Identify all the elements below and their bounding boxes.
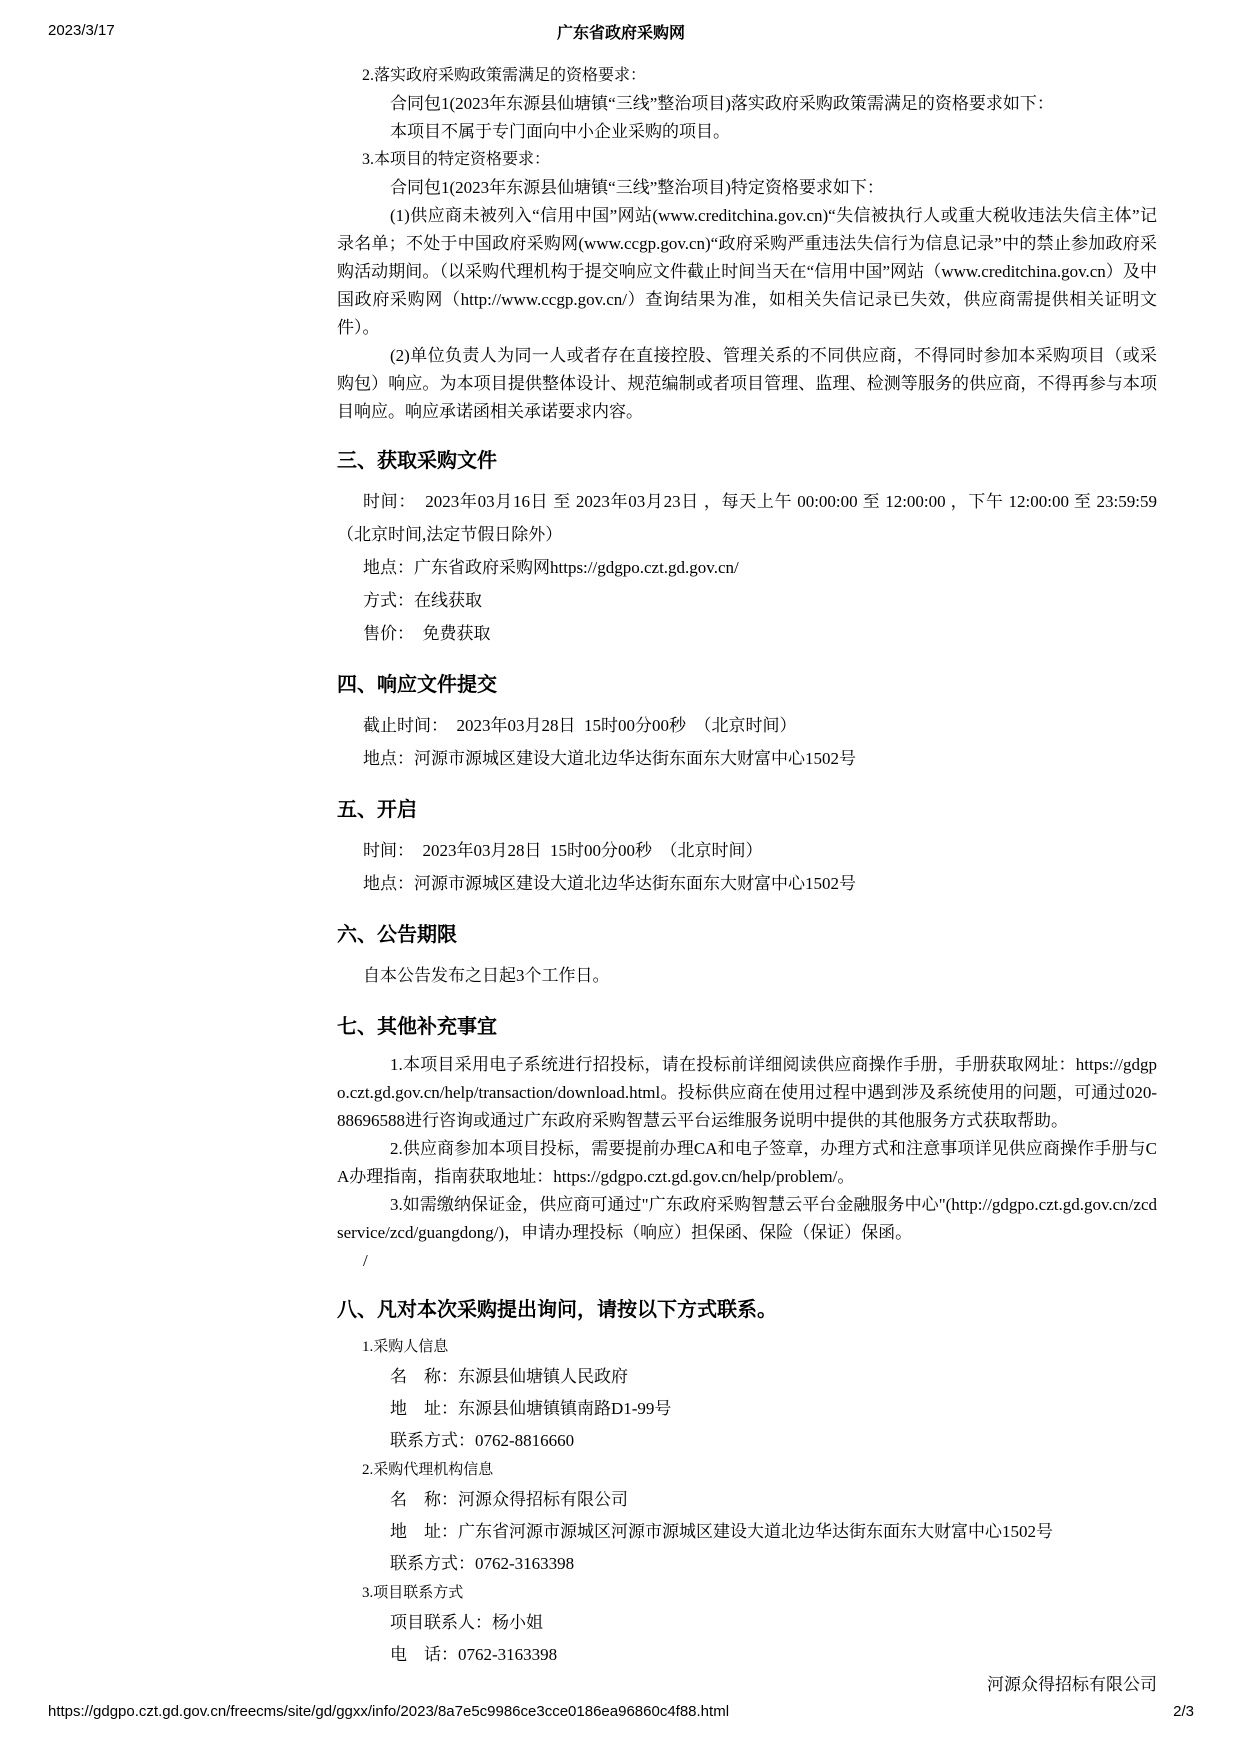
- section-other-matters-heading: 七、其他补充事宜: [337, 1012, 1157, 1042]
- project-contact-person: 项目联系人：杨小姐: [337, 1607, 1157, 1639]
- agency-phone: 联系方式：0762-3163398: [337, 1548, 1157, 1580]
- purchaser-phone: 联系方式：0762-8816660: [337, 1425, 1157, 1457]
- other-matters-slash: /: [337, 1247, 1157, 1275]
- open-location: 地点：河源市源城区建设大道北边华达街东面东大财富中心1502号: [337, 867, 1157, 900]
- agency-name: 名 称：河源众得招标有限公司: [337, 1484, 1157, 1516]
- printed-page: 2023/3/17 广东省政府采购网 2.落实政府采购政策需满足的资格要求： 合…: [0, 0, 1242, 1756]
- get-documents-location: 地点：广东省政府采购网https://gdgpo.czt.gd.gov.cn/: [337, 551, 1157, 584]
- other-matters-p1: 1.本项目采用电子系统进行招投标，请在投标前详细阅读供应商操作手册，手册获取网址…: [337, 1051, 1157, 1135]
- other-matters-p3: 3.如需缴纳保证金，供应商可通过"广东政府采购智慧云平台金融服务中心"(http…: [337, 1191, 1157, 1247]
- page-indicator: 2/3: [1173, 1703, 1194, 1720]
- purchaser-info-label: 1.采购人信息: [337, 1334, 1157, 1361]
- print-header: 2023/3/17 广东省政府采购网: [48, 20, 1194, 44]
- qualification-item2-p2: 本项目不属于专门面向中小企业采购的项目。: [337, 118, 1157, 146]
- open-time: 时间： 2023年03月28日 15时00分00秒 （北京时间）: [337, 834, 1157, 867]
- announcement-period-text: 自本公告发布之日起3个工作日。: [337, 959, 1157, 992]
- submit-deadline: 截止时间： 2023年03月28日 15时00分00秒 （北京时间）: [337, 709, 1157, 742]
- other-matters-p2: 2.供应商参加本项目投标，需要提前办理CA和电子签章，办理方式和注意事项详见供应…: [337, 1135, 1157, 1191]
- agency-info-label: 2.采购代理机构信息: [337, 1457, 1157, 1484]
- get-documents-method: 方式：在线获取: [337, 584, 1157, 617]
- qualification-item3-p1: 合同包1(2023年东源县仙塘镇“三线”整治项目)特定资格要求如下：: [337, 174, 1157, 202]
- qualification-item2-title: 2.落实政府采购政策需满足的资格要求：: [337, 62, 1157, 90]
- qualification-item3-title: 3.本项目的特定资格要求：: [337, 146, 1157, 174]
- site-title: 广东省政府采购网: [48, 20, 1194, 43]
- project-contact-phone: 电 话：0762-3163398: [337, 1639, 1157, 1671]
- get-documents-price: 售价： 免费获取: [337, 617, 1157, 650]
- print-footer: https://gdgpo.czt.gd.gov.cn/freecms/site…: [48, 1703, 1194, 1720]
- agency-signature: 河源众得招标有限公司: [337, 1671, 1157, 1699]
- section-get-documents-heading: 三、获取采购文件: [337, 446, 1157, 476]
- section-announcement-period-heading: 六、公告期限: [337, 920, 1157, 950]
- qualification-item2-p1: 合同包1(2023年东源县仙塘镇“三线”整治项目)落实政府采购政策需满足的资格要…: [337, 90, 1157, 118]
- document-body: 2.落实政府采购政策需满足的资格要求： 合同包1(2023年东源县仙塘镇“三线”…: [337, 62, 1157, 1699]
- agency-address: 地 址：广东省河源市源城区河源市源城区建设大道北边华达街东面东大财富中心1502…: [337, 1516, 1157, 1548]
- source-url: https://gdgpo.czt.gd.gov.cn/freecms/site…: [48, 1703, 729, 1720]
- purchaser-name: 名 称：东源县仙塘镇人民政府: [337, 1361, 1157, 1393]
- section-open-heading: 五、开启: [337, 795, 1157, 825]
- qualification-item3-p2: (1)供应商未被列入“信用中国”网站(www.creditchina.gov.c…: [337, 202, 1157, 342]
- purchaser-address: 地 址：东源县仙塘镇镇南路D1-99号: [337, 1393, 1157, 1425]
- section-submit-heading: 四、响应文件提交: [337, 670, 1157, 700]
- project-contact-label: 3.项目联系方式: [337, 1580, 1157, 1607]
- submit-location: 地点：河源市源城区建设大道北边华达街东面东大财富中心1502号: [337, 742, 1157, 775]
- section-contact-heading: 八、凡对本次采购提出询问，请按以下方式联系。: [337, 1295, 1157, 1325]
- qualification-item3-p3: (2)单位负责人为同一人或者存在直接控股、管理关系的不同供应商，不得同时参加本采…: [337, 342, 1157, 426]
- get-documents-time: 时间： 2023年03月16日 至 2023年03月23日 ，每天上午 00:0…: [337, 485, 1157, 551]
